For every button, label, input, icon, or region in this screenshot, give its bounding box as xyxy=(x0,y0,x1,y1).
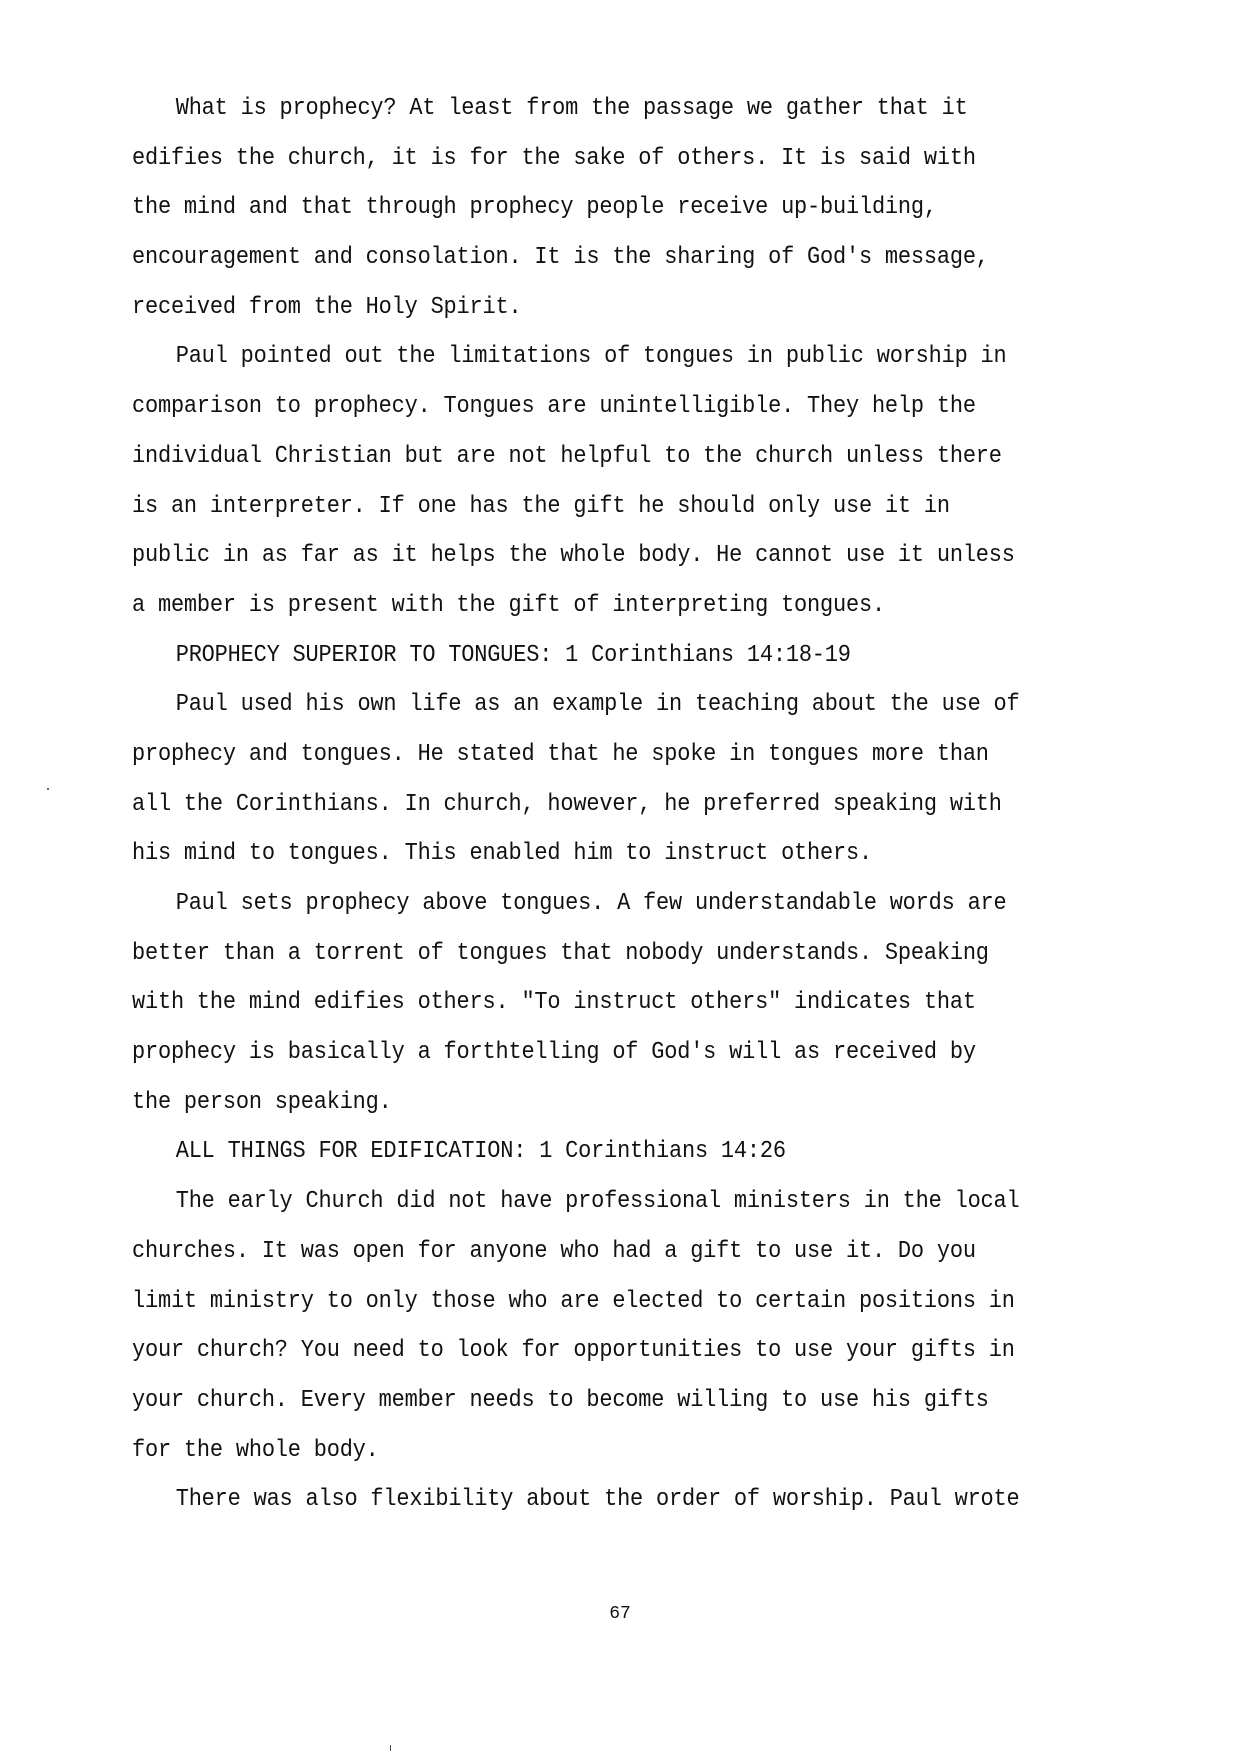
text-line: limit ministry to only those who are ele… xyxy=(132,1277,1099,1327)
text-line: There was also flexibility about the ord… xyxy=(132,1475,1099,1525)
text-line: Paul sets prophecy above tongues. A few … xyxy=(132,879,1099,929)
text-line: the mind and that through prophecy peopl… xyxy=(132,183,1099,233)
scan-mark xyxy=(390,1745,391,1751)
text-line: comparison to prophecy. Tongues are unin… xyxy=(132,382,1099,432)
text-line: Paul pointed out the limitations of tong… xyxy=(132,332,1099,382)
scan-speck xyxy=(47,788,49,790)
text-line: with the mind edifies others. "To instru… xyxy=(132,978,1099,1028)
body-text: What is prophecy? At least from the pass… xyxy=(132,84,1172,1525)
text-line: your church? You need to look for opport… xyxy=(132,1326,1099,1376)
text-line: Paul used his own life as an example in … xyxy=(132,680,1099,730)
text-line: prophecy and tongues. He stated that he … xyxy=(132,730,1099,780)
text-line: received from the Holy Spirit. xyxy=(132,283,1099,333)
page-number: 67 xyxy=(0,1604,1240,1624)
text-line: your church. Every member needs to becom… xyxy=(132,1376,1099,1426)
text-line: better than a torrent of tongues that no… xyxy=(132,929,1099,979)
text-line: churches. It was open for anyone who had… xyxy=(132,1227,1099,1277)
text-line: for the whole body. xyxy=(132,1426,1099,1476)
text-line: What is prophecy? At least from the pass… xyxy=(132,84,1099,134)
section-heading: ALL THINGS FOR EDIFICATION: 1 Corinthian… xyxy=(132,1127,1099,1177)
text-line: public in as far as it helps the whole b… xyxy=(132,531,1099,581)
text-line: a member is present with the gift of int… xyxy=(132,581,1099,631)
text-line: the person speaking. xyxy=(132,1078,1099,1128)
text-line: his mind to tongues. This enabled him to… xyxy=(132,829,1099,879)
text-line: edifies the church, it is for the sake o… xyxy=(132,134,1099,184)
section-heading: PROPHECY SUPERIOR TO TONGUES: 1 Corinthi… xyxy=(132,631,1099,681)
text-line: encouragement and consolation. It is the… xyxy=(132,233,1099,283)
scanned-page: What is prophecy? At least from the pass… xyxy=(0,0,1240,1753)
text-line: prophecy is basically a forthtelling of … xyxy=(132,1028,1099,1078)
text-line: all the Corinthians. In church, however,… xyxy=(132,780,1099,830)
text-line: individual Christian but are not helpful… xyxy=(132,432,1099,482)
text-line: is an interpreter. If one has the gift h… xyxy=(132,482,1099,532)
text-line: The early Church did not have profession… xyxy=(132,1177,1099,1227)
